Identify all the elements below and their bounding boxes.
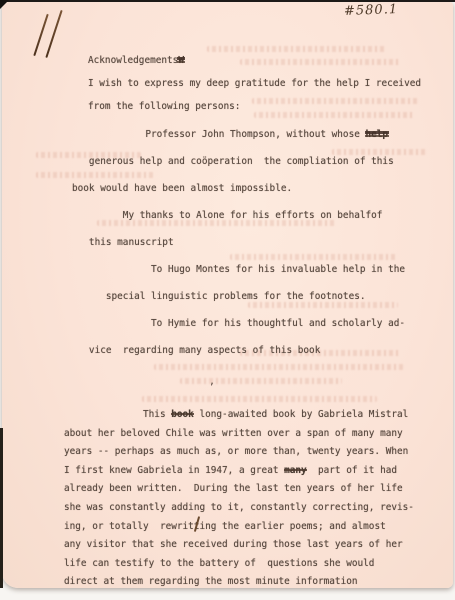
struck-word: many [284,465,307,476]
corrected-char: t [194,521,200,532]
text-line: generous help and coöperation the compli… [72,148,405,175]
text-line: ing, or totally rewritting the earlier p… [64,518,414,537]
text-segment: this manuscript [72,237,174,248]
struck-word: book [171,409,194,420]
text-segment: To Hymie for his thoughtful and scholarl… [72,318,405,329]
text-line: I first knew Gabriela in 1947, a great m… [64,462,414,481]
text-segment: she was constantly adding to it, constan… [64,502,414,513]
text-line: this manuscript [72,229,405,256]
text-segment: from the following persons: [88,101,240,112]
text-line: already been written. During the last te… [64,480,414,499]
text-segment: life can testify to the battery of quest… [64,558,374,569]
text-line: To Hugo Montes for his invaluable help i… [72,256,405,283]
text-segment: already been written. During the last te… [64,483,403,494]
text-segment: about her beloved Chile was written over… [64,428,403,439]
text-segment: direct at them regarding the most minute… [64,576,358,587]
text-segment: Acknowledgements [88,55,178,66]
text-segment: book would have been almost impossible. [72,183,292,194]
text-segment: Professor John Thompson, without whose [72,129,366,140]
text-segment: long-awaited book by Gabriela Mistral [194,409,408,420]
text-line: about her beloved Chile was written over… [64,425,414,444]
text-line: years -- perhaps as much as, or more tha… [64,443,414,462]
text-segment: generous help and coöperation the compli… [72,156,394,167]
text-line: Professor John Thompson, without whose h… [72,121,405,148]
text-segment: This [64,409,171,420]
text-segment: special linguistic problems for the foot… [72,291,366,302]
text-line: book would have been almost impossible. [72,175,405,202]
text-line: To Hymie for his thoughtful and scholarl… [72,310,405,337]
text-segment: I wish to express my deep gratitude for … [88,78,421,89]
text-segment: ing, or totally rewrit [64,521,194,532]
text-line: My thanks to Alone for his efforts on be… [72,202,405,229]
scanned-page: #580.1 , AcknowledgementsWI wish to expr… [0,0,455,600]
text-segment: part of it had [307,465,397,476]
draft-paragraph: This book long-awaited book by Gabriela … [64,406,414,592]
text-line: special linguistic problems for the foot… [72,283,405,310]
text-line: I wish to express my deep gratitude for … [88,72,421,95]
text-segment: years -- perhaps as much as, or more tha… [64,446,408,457]
text-line: direct at them regarding the most minute… [64,573,414,592]
text-segment: any visitor that she received during tho… [64,539,403,550]
text-line: any visitor that she received during tho… [64,536,414,555]
text-segment: ing the earlier poems; and almost [199,521,385,532]
struck-word: help [366,129,389,140]
text-line: life can testify to the battery of quest… [64,555,414,574]
typed-text: AcknowledgementsWI wish to express my de… [0,0,455,600]
text-segment: My thanks to Alone for his efforts on be… [72,210,382,221]
acknowledgements-body: Professor John Thompson, without whose h… [72,121,405,364]
text-line: she was constantly adding to it, constan… [64,499,414,518]
text-segment: To Hugo Montes for his invaluable help i… [72,264,405,275]
text-line: from the following persons: [88,95,421,118]
text-line: This book long-awaited book by Gabriela … [64,406,414,425]
text-segment: vice regarding many aspects of this book [72,345,320,356]
document-heading: AcknowledgementsW [88,49,421,72]
struck-word: W [178,55,184,66]
text-line: vice regarding many aspects of this book [72,337,405,364]
acknowledgements-heading-block: AcknowledgementsWI wish to express my de… [88,49,421,118]
text-segment: I first knew Gabriela in 1947, a great [64,465,284,476]
